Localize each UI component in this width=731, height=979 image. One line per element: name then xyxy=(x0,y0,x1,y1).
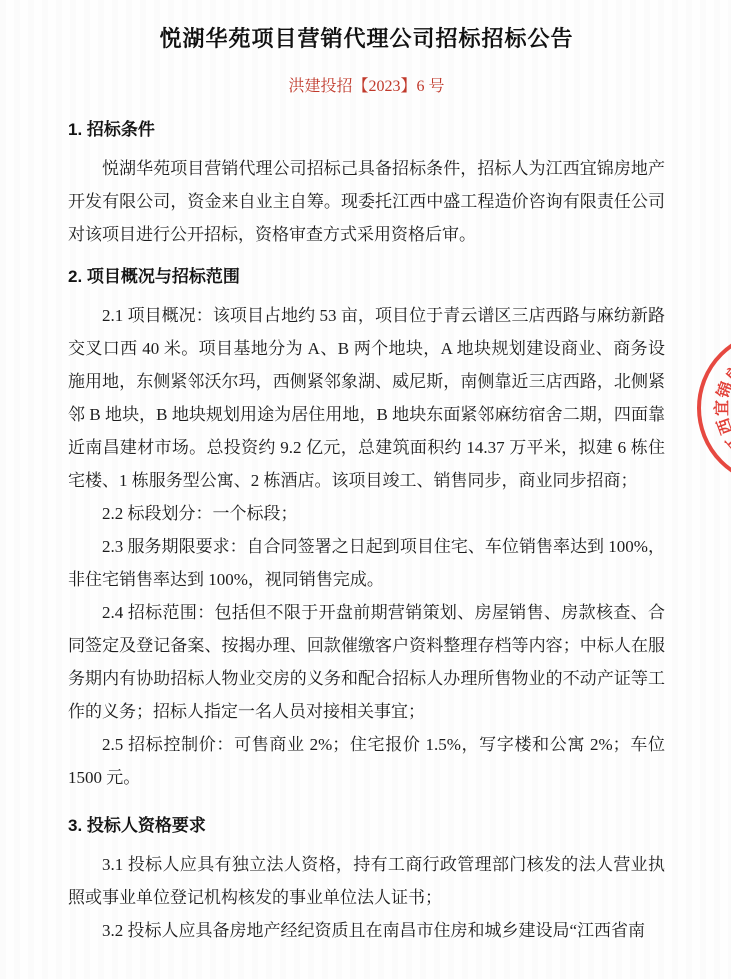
paragraph: 3.1 投标人应具有独立法人资格，持有工商行政管理部门核发的法人营业执照或事业单… xyxy=(68,848,665,914)
section-heading-1: 1. 招标条件 xyxy=(68,118,665,142)
paragraph: 3.2 投标人应具备房地产经纪资质且在南昌市住房和城乡建设局“江西省南 xyxy=(68,914,665,947)
section-bidder-qualifications: 3. 投标人资格要求 3.1 投标人应具有独立法人资格，持有工商行政管理部门核发… xyxy=(68,814,665,947)
paragraph: 2.5 招标控制价：可售商业 2%；住宅报价 1.5%，写字楼和公寓 2%；车位… xyxy=(68,728,665,794)
seal-character: 江 xyxy=(722,429,731,454)
paragraph: 2.2 标段划分：一个标段； xyxy=(68,497,665,530)
seal-character: 宜 xyxy=(714,399,731,417)
section-heading-2: 2. 项目概况与招标范围 xyxy=(68,265,665,289)
seal-character: 锦 xyxy=(715,379,731,402)
official-red-seal-icon: 江 西 宜 锦 房 xyxy=(697,330,731,486)
section-heading-3: 3. 投标人资格要求 xyxy=(68,814,665,838)
paragraph: 2.3 服务期限要求：自合同签署之日起到项目住宅、车位销售率达到 100%，非住… xyxy=(68,530,665,596)
section-project-overview: 2. 项目概况与招标范围 2.1 项目概况：该项目占地约 53 亩，项目位于青云… xyxy=(68,265,665,794)
paragraph: 2.1 项目概况：该项目占地约 53 亩，项目位于青云谱区三店西路与麻纺新路交叉… xyxy=(68,299,665,497)
paragraph: 2.4 招标范围：包括但不限于开盘前期营销策划、房屋销售、房款核查、合同签定及登… xyxy=(68,596,665,728)
section-tender-conditions: 1. 招标条件 悦湖华苑项目营销代理公司招标己具备招标条件，招标人为江西宜锦房地… xyxy=(68,118,665,251)
seal-character: 西 xyxy=(715,414,731,437)
document-page: 悦湖华苑项目营销代理公司招标招标公告 洪建投招【2023】6 号 1. 招标条件… xyxy=(0,0,731,979)
doc-number: 洪建投招【2023】6 号 xyxy=(68,76,665,98)
page-title: 悦湖华苑项目营销代理公司招标招标公告 xyxy=(68,24,665,54)
seal-character: 房 xyxy=(722,362,731,387)
paragraph: 悦湖华苑项目营销代理公司招标己具备招标条件，招标人为江西宜锦房地产开发有限公司，… xyxy=(68,152,665,251)
